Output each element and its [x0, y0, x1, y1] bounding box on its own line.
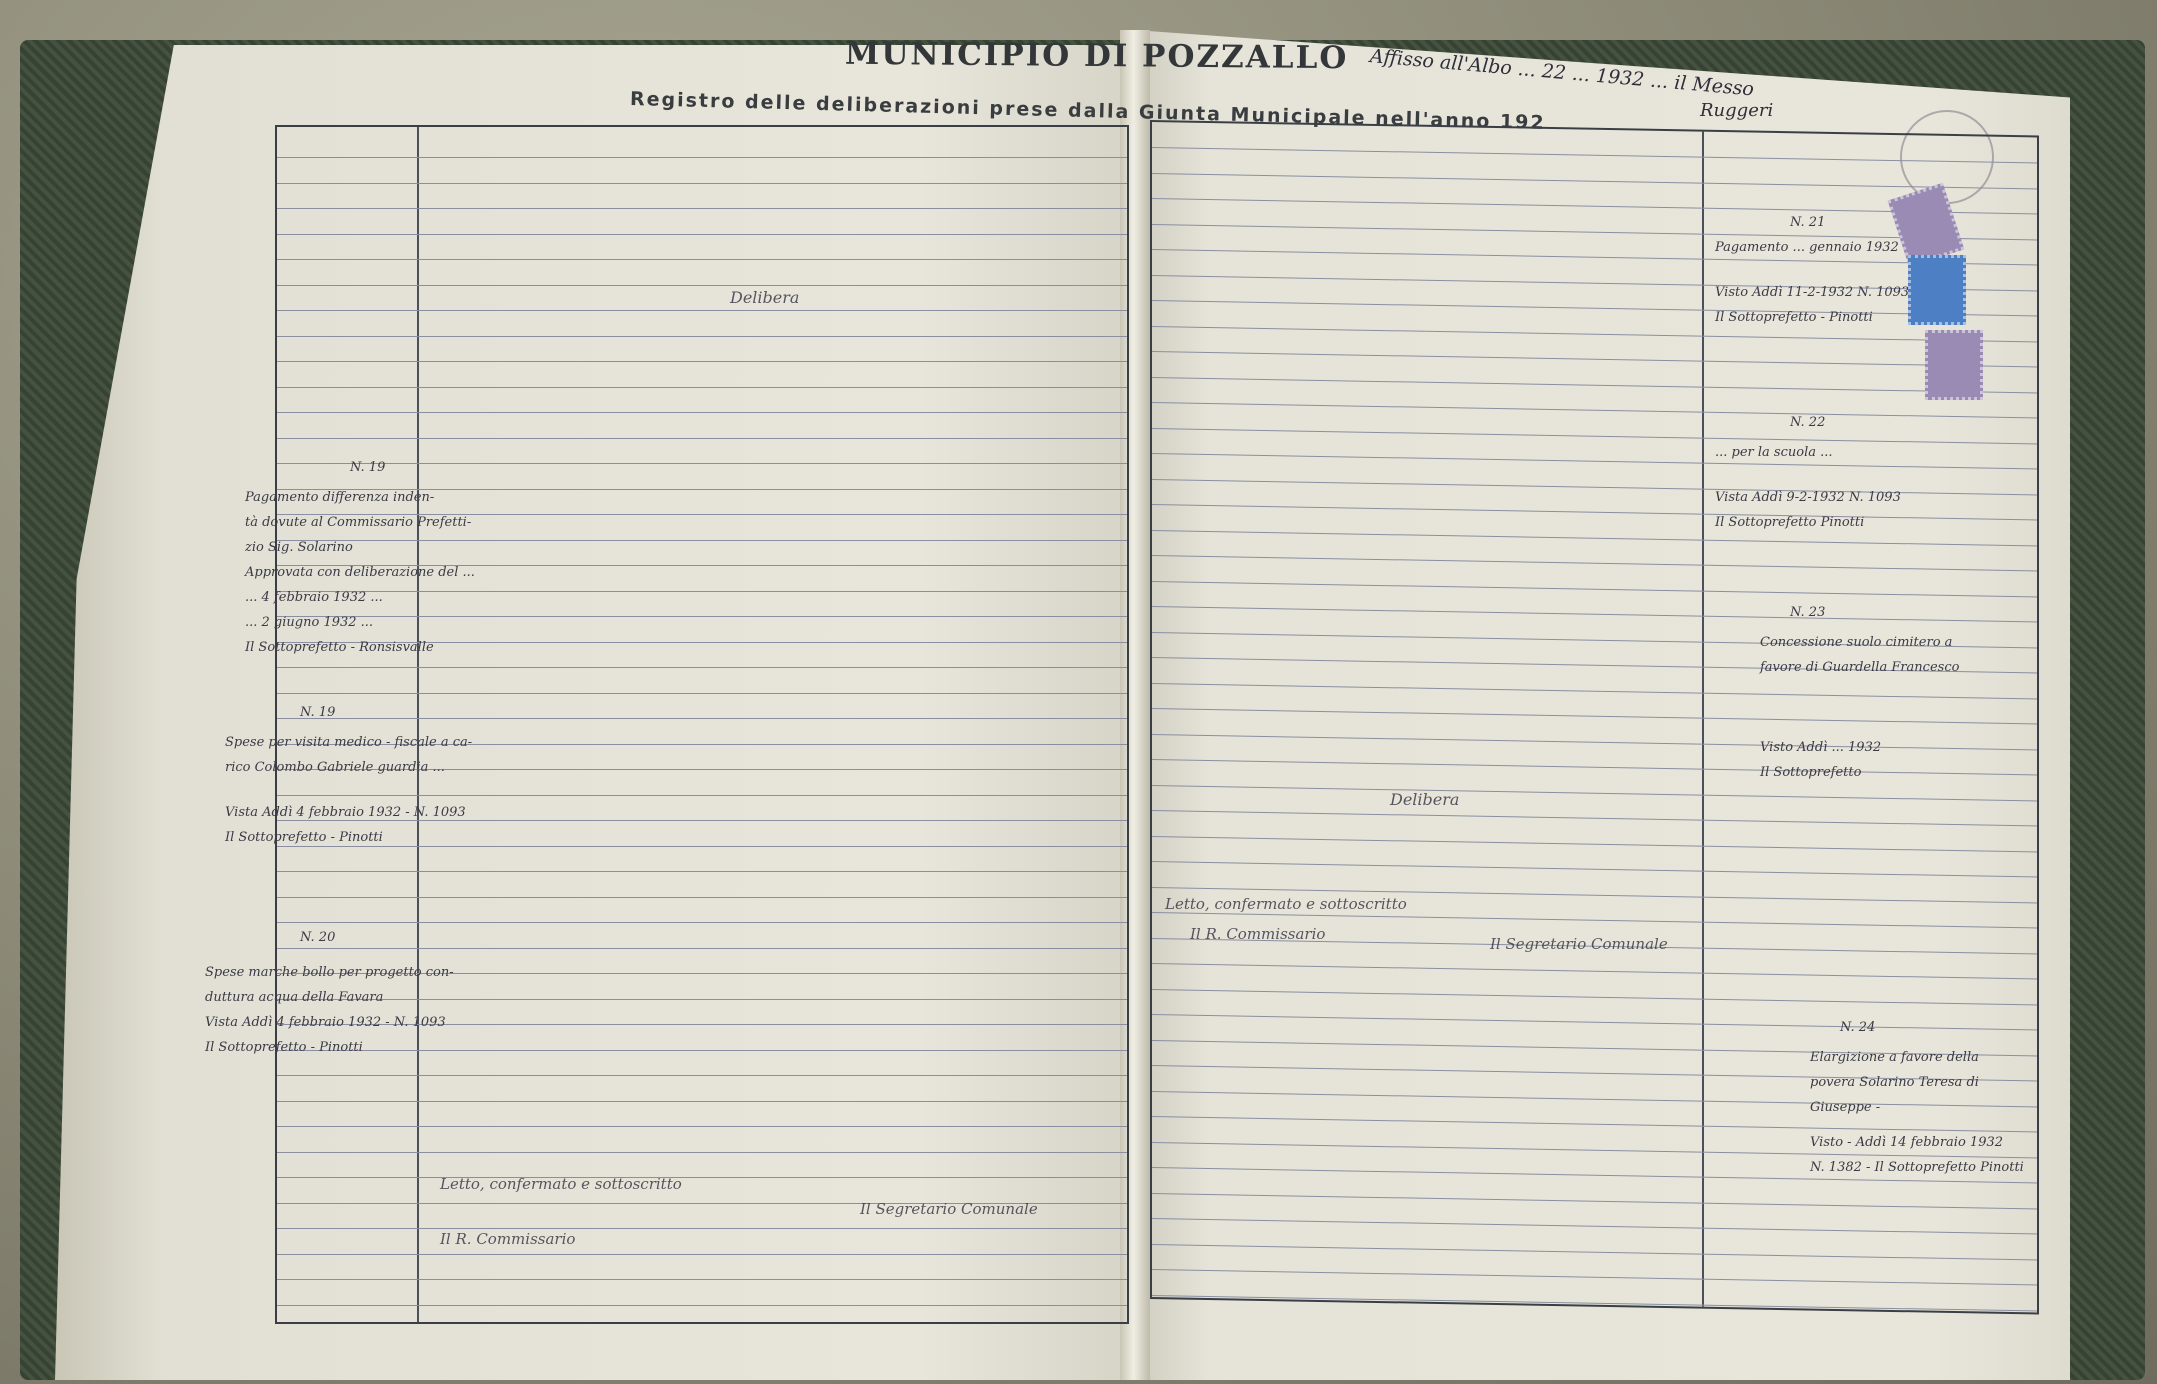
- ruled-line: [277, 463, 1127, 464]
- ruled-line: [277, 1305, 1127, 1306]
- ruled-line: [1152, 326, 2037, 342]
- ruled-line: [277, 387, 1127, 388]
- ruled-line: [1152, 1269, 2037, 1285]
- ruled-line: [1152, 555, 2037, 571]
- ruled-line: [277, 1228, 1127, 1229]
- ruled-line: [1152, 351, 2037, 367]
- ruled-line: [1152, 606, 2037, 622]
- revenue-stamp-blue: [1908, 255, 1966, 325]
- secretary-signature-left: Il Segretario Comunale: [860, 1200, 1038, 1218]
- ruled-line: [1152, 377, 2037, 393]
- ruled-line: [1152, 734, 2037, 750]
- ruled-line: [1152, 1193, 2037, 1209]
- ruled-line: [277, 897, 1127, 898]
- closing-formula-right: Letto, confermato e sottoscritto: [1165, 895, 1407, 913]
- ruled-line: [1152, 989, 2037, 1005]
- margin-divider: [1702, 132, 1704, 1307]
- delibera-heading-right: Delibera: [1390, 790, 1459, 809]
- ruled-line: [277, 795, 1127, 796]
- ruled-line: [277, 999, 1127, 1000]
- ruled-line: [1152, 708, 2037, 724]
- ruled-line: [1152, 428, 2037, 444]
- ruled-line: [277, 157, 1127, 158]
- ruled-line: [1152, 453, 2037, 469]
- ruled-line: [1152, 759, 2037, 775]
- ruled-line: [277, 310, 1127, 311]
- closing-formula-left: Letto, confermato e sottoscritto: [440, 1175, 682, 1193]
- ruled-line: [277, 846, 1127, 847]
- ruled-line: [1152, 300, 2037, 316]
- ruled-line: [1152, 963, 2037, 979]
- ruled-line: [1152, 530, 2037, 546]
- ruled-line: [277, 1254, 1127, 1255]
- ruled-line: [1152, 1244, 2037, 1260]
- ruled-line: [277, 540, 1127, 541]
- ruled-line: [277, 1050, 1127, 1051]
- ruled-line: [1152, 836, 2037, 852]
- secretary-signature-right: Il Segretario Comunale: [1490, 935, 1668, 953]
- ruled-line: [277, 667, 1127, 668]
- ruled-line: [1152, 785, 2037, 801]
- ruled-line: [277, 718, 1127, 719]
- ruled-line: [1152, 1116, 2037, 1132]
- left-ledger-grid: [275, 125, 1129, 1324]
- revenue-stamp-violet: [1925, 330, 1983, 400]
- commissioner-signature-left: Il R. Commissario: [440, 1230, 575, 1248]
- ruled-line: [1152, 810, 2037, 826]
- ruled-line: [277, 234, 1127, 235]
- ruled-line: [277, 820, 1127, 821]
- ruled-line: [1152, 402, 2037, 418]
- ruled-line: [277, 412, 1127, 413]
- commissioner-signature-right: Il R. Commissario: [1190, 925, 1325, 943]
- ruled-line: [1152, 1014, 2037, 1030]
- ruled-line: [277, 183, 1127, 184]
- page-title: MUNICIPIO DI POZZALLO: [845, 36, 1349, 76]
- ruled-line: [277, 1101, 1127, 1102]
- ruled-line: [1152, 504, 2037, 520]
- ruled-line: [277, 259, 1127, 260]
- ruled-line: [277, 1177, 1127, 1178]
- ruled-line: [277, 871, 1127, 872]
- ruled-line: [277, 948, 1127, 949]
- delibera-heading-left: Delibera: [730, 288, 799, 307]
- ruled-line: [1152, 861, 2037, 877]
- annotation-signature: Ruggeri: [1700, 100, 1773, 121]
- ruled-line: [277, 591, 1127, 592]
- ruled-line: [277, 208, 1127, 209]
- ruled-line: [1152, 683, 2037, 699]
- ruled-line: [277, 1279, 1127, 1280]
- ruled-line: [277, 361, 1127, 362]
- ruled-line: [277, 1126, 1127, 1127]
- ruled-line: [1152, 1218, 2037, 1234]
- ruled-line: [277, 336, 1127, 337]
- ruled-line: [277, 285, 1127, 286]
- ruled-line: [277, 693, 1127, 694]
- ruled-line: [1152, 479, 2037, 495]
- ruled-line: [1152, 1091, 2037, 1107]
- margin-divider: [417, 127, 419, 1322]
- ruled-line: [277, 1075, 1127, 1076]
- ruled-line: [277, 438, 1127, 439]
- ruled-line: [1152, 147, 2037, 163]
- ruled-line: [277, 616, 1127, 617]
- ruled-line: [1152, 581, 2037, 597]
- ruled-line: [1152, 173, 2037, 189]
- ruled-line: [277, 1152, 1127, 1153]
- ruled-line: [277, 922, 1127, 923]
